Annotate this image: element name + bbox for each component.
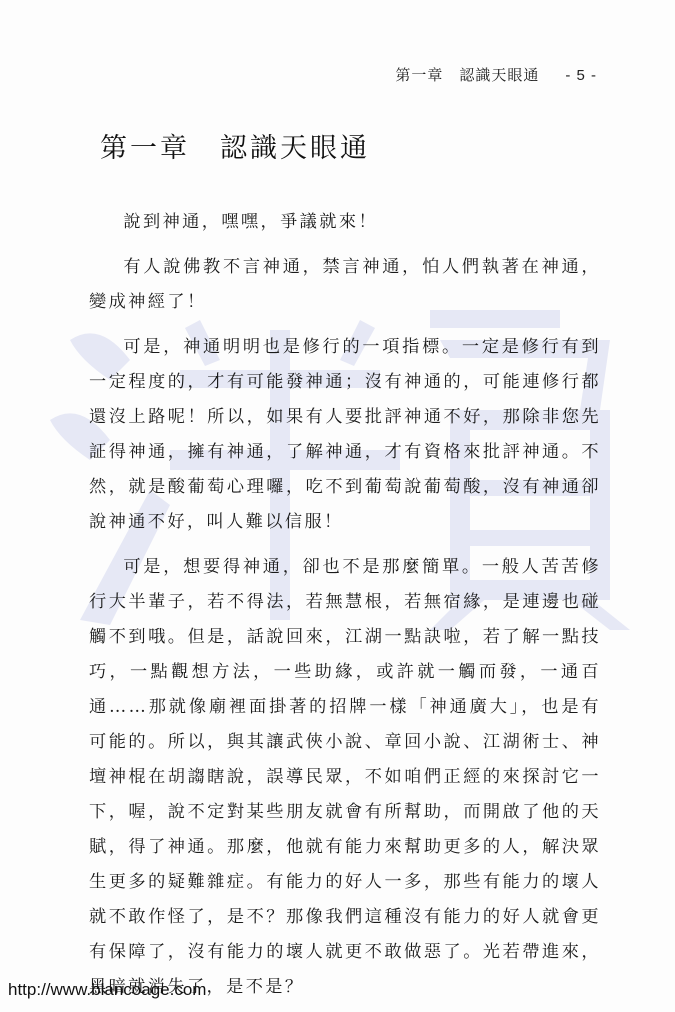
paragraph: 說到神通，嘿嘿，爭議就來！ [89, 205, 601, 240]
chapter-name: 認識天眼通 [220, 133, 370, 164]
chapter-number: 第一章 [100, 133, 190, 164]
footer-url-link[interactable]: http://www.blancoage.com [8, 980, 206, 1000]
page-number: - 5 - [565, 67, 597, 84]
paragraph: 可是，想要得神通，卻也不是那麼簡單。一般人苦苦修行大半輩子，若不得法，若無慧根，… [89, 550, 601, 1005]
running-header: 第一章 認識天眼通- 5 - [395, 64, 597, 85]
running-title: 第一章 認識天眼通 [395, 66, 539, 84]
paragraph: 有人說佛教不言神通，禁言神通，怕人們執著在神通，變成神經了！ [89, 250, 601, 320]
body-text: 說到神通，嘿嘿，爭議就來！ 有人說佛教不言神通，禁言神通，怕人們執著在神通，變成… [89, 205, 601, 1012]
paragraph: 可是，神通明明也是修行的一項指標。一定是修行有到一定程度的，才有可能發神通；沒有… [89, 330, 601, 540]
chapter-title: 第一章認識天眼通 [100, 126, 370, 165]
